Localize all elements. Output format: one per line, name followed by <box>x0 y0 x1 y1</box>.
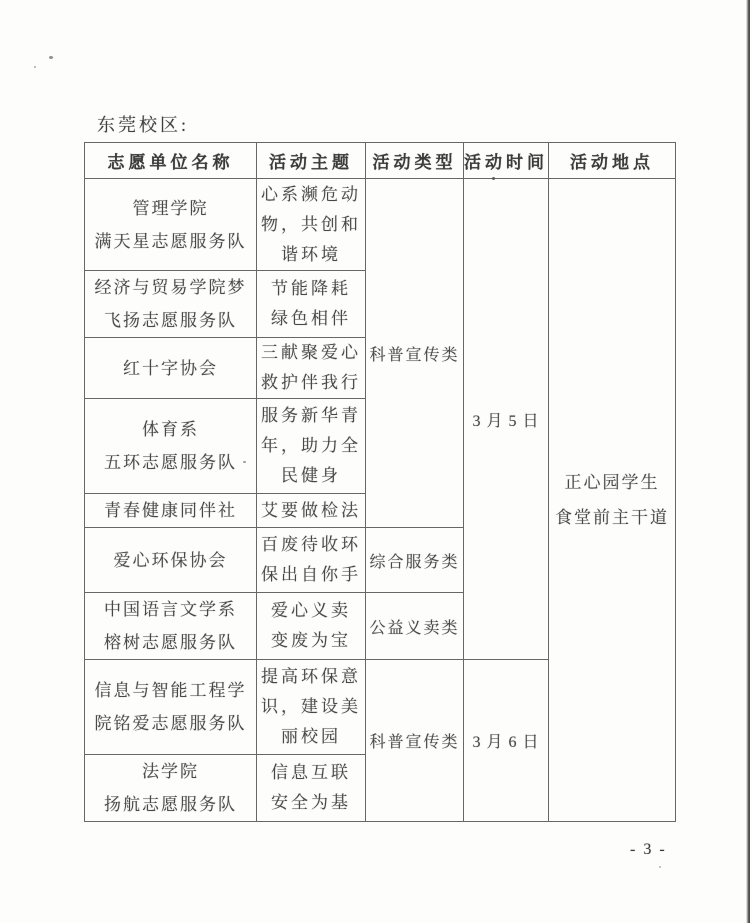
theme-cell: 爱心义卖 变废为宝 <box>257 593 366 660</box>
theme-cell: 提高环保意 识，建设美 丽校园 <box>257 660 366 755</box>
type-cell: 公益义卖类 <box>366 593 464 660</box>
header-row: 志愿单位名称 活动主题 活动类型 活动时间 活动地点 <box>85 143 676 179</box>
unit-cell: 经济与贸易学院梦 飞扬志愿服务队 <box>85 271 257 338</box>
table-row: 管理学院 满天星志愿服务队 心系濒危动 物，共创和 谐环境 科普宣传类 3 月 … <box>85 179 676 271</box>
unit-cell: 红十字协会 <box>85 338 257 399</box>
theme-cell: 服务新华青 年，助力全 民健身 <box>257 399 366 494</box>
theme-cell: 三献聚爱心 救护伴我行 <box>257 338 366 399</box>
campus-title: 东莞校区: <box>97 111 189 137</box>
scan-speck <box>659 866 661 868</box>
theme-cell: 节能降耗 绿色相伴 <box>257 271 366 338</box>
unit-cell: 管理学院 满天星志愿服务队 <box>85 179 257 271</box>
unit-cell: 信息与智能工程学 院铭爱志愿服务队 <box>85 660 257 755</box>
scan-speck <box>49 56 53 59</box>
type-cell: 综合服务类 <box>366 528 464 593</box>
scan-edge-artifact <box>746 0 750 923</box>
unit-cell: 青春健康同伴社 <box>85 494 257 528</box>
unit-cell: 法学院 扬航志愿服务队 <box>85 755 257 822</box>
page-number: - 3 - <box>630 841 667 859</box>
theme-cell: 心系濒危动 物，共创和 谐环境 <box>257 179 366 271</box>
location-cell: 正心园学生 食堂前主干道 <box>549 179 676 822</box>
theme-cell: 艾要做检法 <box>257 494 366 528</box>
unit-cell: 体育系 五环志愿服务队 <box>85 399 257 494</box>
type-cell: 科普宣传类 <box>366 179 464 528</box>
time-cell: 3 月 5 日 <box>464 179 549 660</box>
scanned-document-page: 东莞校区: 志愿单位名称 活动主题 活动类型 活动时间 活动地点 管理学院 满天… <box>0 0 750 923</box>
type-cell: 科普宣传类 <box>366 660 464 822</box>
col-header-unit-name: 志愿单位名称 <box>85 143 257 179</box>
scan-speck <box>243 461 246 463</box>
col-header-activity-theme: 活动主题 <box>257 143 366 179</box>
unit-cell: 中国语言文学系 榕树志愿服务队 <box>85 593 257 660</box>
theme-cell: 百废待收环 保出自你手 <box>257 528 366 593</box>
scan-speck <box>34 66 36 68</box>
scan-speck <box>492 177 495 180</box>
col-header-activity-place: 活动地点 <box>549 143 676 179</box>
unit-cell: 爱心环保协会 <box>85 528 257 593</box>
time-cell: 3 月 6 日 <box>464 660 549 822</box>
col-header-activity-time: 活动时间 <box>464 143 549 179</box>
volunteer-activity-table: 志愿单位名称 活动主题 活动类型 活动时间 活动地点 管理学院 满天星志愿服务队… <box>84 142 676 822</box>
theme-cell: 信息互联 安全为基 <box>257 755 366 822</box>
col-header-activity-type: 活动类型 <box>366 143 464 179</box>
